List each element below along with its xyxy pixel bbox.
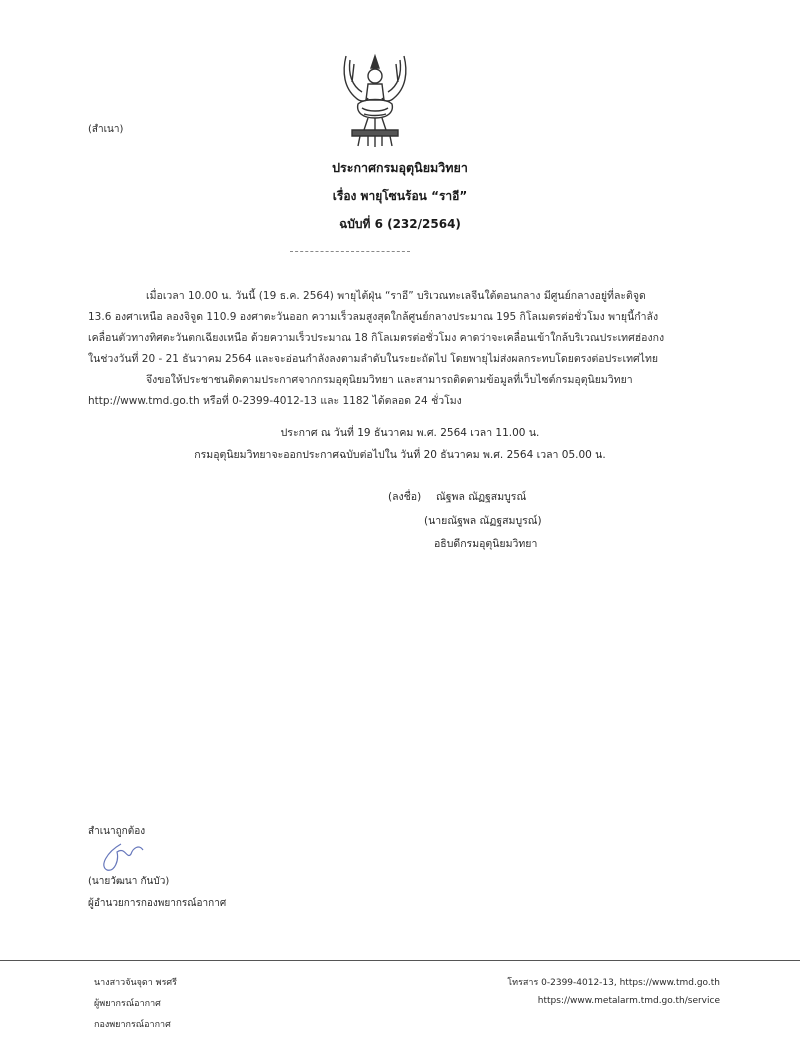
paragraph-1-line: ในช่วงวันที่ 20 - 21 ธันวาคม 2564 และจะอ…: [88, 349, 720, 370]
footer-divider: [0, 960, 800, 961]
issue-number: ฉบับที่ 6 (232/2564): [0, 215, 800, 234]
announced-at: ประกาศ ณ วันที่ 19 ธันวาคม พ.ศ. 2564 เวล…: [0, 424, 800, 441]
footer-division: กองพยากรณ์อากาศ: [94, 1017, 171, 1031]
garuda-emblem-icon: [338, 52, 412, 148]
paragraph-2-line: จึงขอให้ประชาชนติดตามประกาศจากกรมอุตุนิย…: [88, 370, 720, 391]
paragraph-1-line: เคลื่อนตัวทางทิศตะวันตกเฉียงเหนือ ด้วยคว…: [88, 328, 720, 349]
footer-forecaster-title: ผู้พยากรณ์อากาศ: [94, 996, 161, 1010]
paragraph-1-line: 13.6 องศาเหนือ ลองจิจูด 110.9 องศาตะวันอ…: [88, 307, 720, 328]
document-title: ประกาศกรมอุตุนิยมวิทยา: [0, 158, 800, 178]
signed-label: (ลงชื่อ): [388, 488, 421, 505]
divider-dashed: [290, 251, 410, 252]
next-issue-note: กรมอุตุนิยมวิทยาจะออกประกาศฉบับต่อไปใน ว…: [0, 446, 800, 463]
paragraph-1-line: เมื่อเวลา 10.00 น. วันนี้ (19 ธ.ค. 2564)…: [88, 286, 720, 307]
signer-position: อธิบดีกรมอุตุนิยมวิทยา: [434, 535, 537, 552]
signed-name: ณัฐพล ณัฏฐสมบูรณ์: [436, 488, 526, 505]
footer-forecaster-name: นางสาวจันจุดา พรศรี: [94, 975, 177, 989]
paragraph-2: จึงขอให้ประชาชนติดตามประกาศจากกรมอุตุนิย…: [88, 370, 720, 412]
certified-copy-label: สำเนาถูกต้อง: [88, 824, 145, 839]
document-subject: เรื่อง พายุโซนร้อน “ราอี”: [0, 187, 800, 206]
certifier-name: (นายวัฒนา กันบัว): [88, 874, 169, 889]
signer-full-name: (นายณัฐพล ณัฏฐสมบูรณ์): [424, 512, 542, 529]
footer-contact: โทรสาร 0-2399-4012-13, https://www.tmd.g…: [507, 975, 720, 989]
footer-service-url: https://www.metalarm.tmd.go.th/service: [538, 996, 720, 1006]
handwritten-signature-icon: [97, 840, 157, 874]
paragraph-2-line: http://www.tmd.go.th หรือที่ 0-2399-4012…: [88, 391, 720, 412]
certifier-position: ผู้อำนวยการกองพยากรณ์อากาศ: [88, 896, 226, 911]
copy-label: (สำเนา): [88, 122, 123, 137]
paragraph-1: เมื่อเวลา 10.00 น. วันนี้ (19 ธ.ค. 2564)…: [88, 286, 720, 370]
